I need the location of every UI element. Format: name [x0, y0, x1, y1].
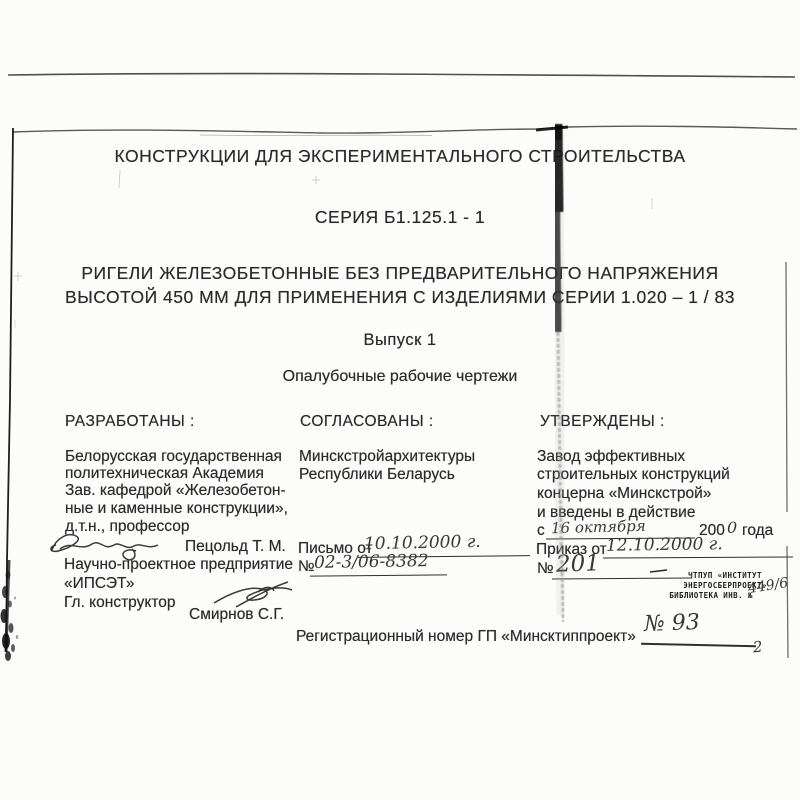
effective-date-prefix: с [537, 522, 545, 540]
approved-org-line: Завод эффективных [537, 448, 685, 466]
developed-org-line: ные и каменные конструкции», [65, 500, 288, 518]
paper-edge-dark-blob [536, 127, 568, 130]
developed-org-line: Зав. кафедрой «Железобетон- [65, 482, 286, 500]
fill-in-line [603, 557, 793, 559]
letter-number-label: № [298, 558, 315, 576]
left-border-thickening [6, 560, 9, 652]
paper-edge-line-inner [12, 126, 797, 133]
developed-org-line: д.т.н., профессор [65, 518, 189, 536]
signature-smirnov [214, 582, 292, 607]
agreed-org-line: Минскстройархитектуры [299, 448, 475, 466]
order-date-handwritten: 12.10.2000 г. [606, 536, 723, 555]
effective-year-handwritten: 0 [727, 520, 737, 536]
approved-header: УТВЕРЖДЕНЫ : [540, 413, 665, 431]
developed-org-line: Белорусская государственная [65, 448, 282, 466]
scanned-document-page: КОНСТРУКЦИИ ДЛЯ ЭКСПЕРИМЕНТАЛЬНОГО СТРОИ… [0, 0, 800, 800]
developed-org2-line: «ИПСЭТ» [64, 575, 134, 593]
order-number-handwritten: 201 [556, 552, 601, 577]
subtitle-line-2: ВЫСОТОЙ 450 ММ ДЛЯ ПРИМЕНЕНИЯ С ИЗДЕЛИЯМ… [0, 287, 800, 307]
issue-subtitle: Опалубочные рабочие чертежи [0, 368, 800, 386]
page-number: 2 [752, 640, 763, 656]
fill-in-line [641, 643, 756, 647]
document-title: КОНСТРУКЦИИ ДЛЯ ЭКСПЕРИМЕНТАЛЬНОГО СТРОИ… [0, 146, 800, 166]
paper-edge-line-top [8, 74, 795, 77]
registration-number-handwritten: № 93 [644, 612, 701, 636]
registration-label: Регистрационный номер ГП «Минсктиппроект… [296, 628, 636, 646]
subtitle-line-1: РИГЕЛИ ЖЕЛЕЗОБЕТОННЫЕ БЕЗ ПРЕДВАРИТЕЛЬНО… [0, 263, 800, 283]
agreed-org-line: Республики Беларусь [299, 466, 455, 484]
fill-in-line [310, 574, 447, 576]
approved-org-line: строительных конструкций [537, 466, 730, 484]
signer2-name: Смирнов С.Г. [189, 606, 284, 624]
paper-edge-shadow [200, 135, 432, 136]
developed-org2-line: Гл. конструктор [64, 594, 175, 612]
developed-org2-line: Научно-проектное предприятие [64, 556, 293, 574]
letter-number-handwritten: 02-3/06-8382 [314, 553, 429, 572]
right-border-line [787, 546, 788, 658]
developed-org-line: политехническая Академия [65, 465, 264, 483]
effective-date-suffix: года [742, 522, 773, 540]
approved-org-line: концерна «Минскстрой» [537, 485, 711, 503]
effective-date-handwritten: 16 октября [551, 519, 646, 536]
agreed-header: СОГЛАСОВАНЫ : [300, 413, 434, 431]
scan-artifacts-layer [0, 0, 800, 800]
signer1-name: Пецольд Т. М. [185, 538, 286, 556]
issue-title: Выпуск 1 [0, 330, 800, 350]
order-number-label: № [537, 560, 554, 578]
series-title: СЕРИЯ Б1.125.1 - 1 [0, 207, 800, 227]
developed-header: РАЗРАБОТАНЫ : [65, 413, 195, 431]
ink-blotches [1, 571, 19, 661]
